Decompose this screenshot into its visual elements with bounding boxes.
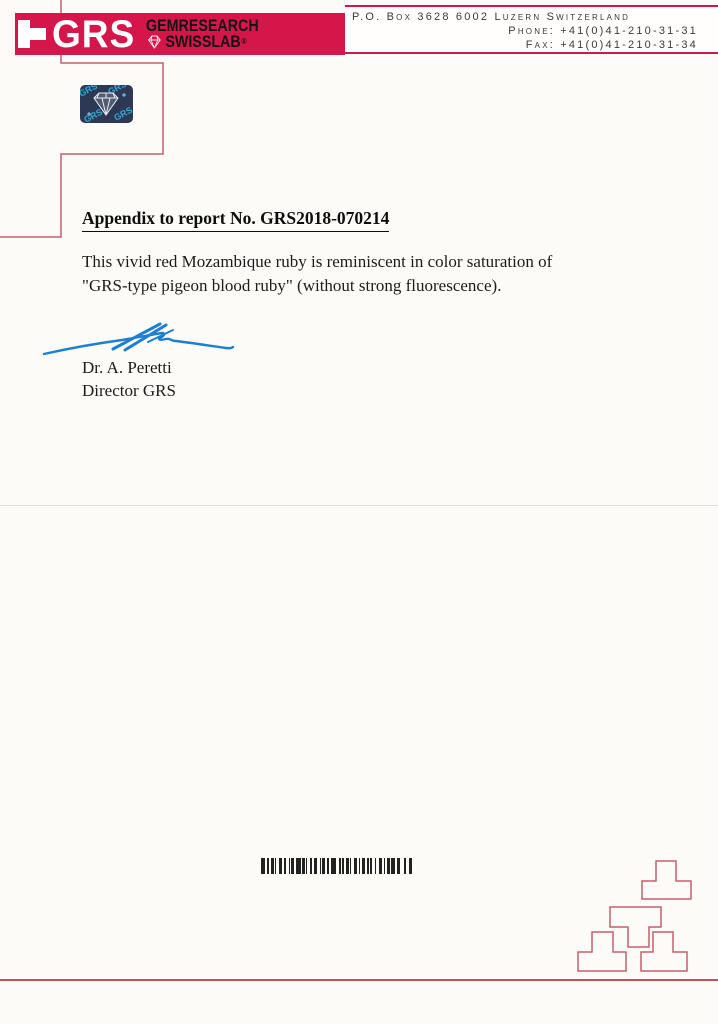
- barcode-bar: [409, 858, 413, 874]
- contact-box: P.O. Box 3628 6002 Luzern Switzerland Ph…: [345, 5, 718, 54]
- brand-name-line2: SWISSLAB: [165, 34, 240, 50]
- fax-line: Fax: +41(0)41-210-31-34: [345, 38, 718, 52]
- t-ornament-middle: [610, 907, 661, 947]
- hologram-sticker: GRS GRS GRS GRS: [80, 85, 133, 123]
- body-text-line-1: This vivid red Mozambique ruby is remini…: [82, 250, 552, 274]
- t-ornament-group: [578, 861, 691, 971]
- appendix-title: Appendix to report No. GRS2018-070214: [82, 208, 389, 232]
- brand-name-block: GEMRESEARCH SWISSLAB®: [146, 18, 259, 50]
- body-text: This vivid red Mozambique ruby is remini…: [82, 250, 552, 297]
- grs-banner: GRS GEMRESEARCH SWISSLAB®: [15, 13, 345, 55]
- signatory-title: Director GRS: [82, 379, 176, 402]
- t-ornament-bottom-right: [641, 932, 687, 971]
- brand-name-line2-row: SWISSLAB®: [146, 34, 259, 50]
- signatory-block: Dr. A. Peretti Director GRS: [82, 356, 176, 402]
- scanned-certificate-page: GRS GEMRESEARCH SWISSLAB® P.O. Box 3628 …: [0, 0, 718, 1024]
- barcode: [261, 858, 412, 874]
- grs-logo-text: GRS: [52, 15, 135, 54]
- registered-mark: ®: [241, 34, 246, 50]
- t-ornament-top: [642, 861, 691, 899]
- t-ornament-bottom-left: [578, 932, 626, 971]
- grs-cross-icon: [18, 19, 48, 49]
- scan-crease-line: [0, 505, 718, 506]
- signatory-name: Dr. A. Peretti: [82, 356, 176, 379]
- diamond-outline-icon: [146, 35, 163, 49]
- body-text-line-2: "GRS-type pigeon blood ruby" (without st…: [82, 274, 552, 298]
- address-line: P.O. Box 3628 6002 Luzern Switzerland: [345, 10, 718, 24]
- phone-line: Phone: +41(0)41-210-31-31: [345, 24, 718, 38]
